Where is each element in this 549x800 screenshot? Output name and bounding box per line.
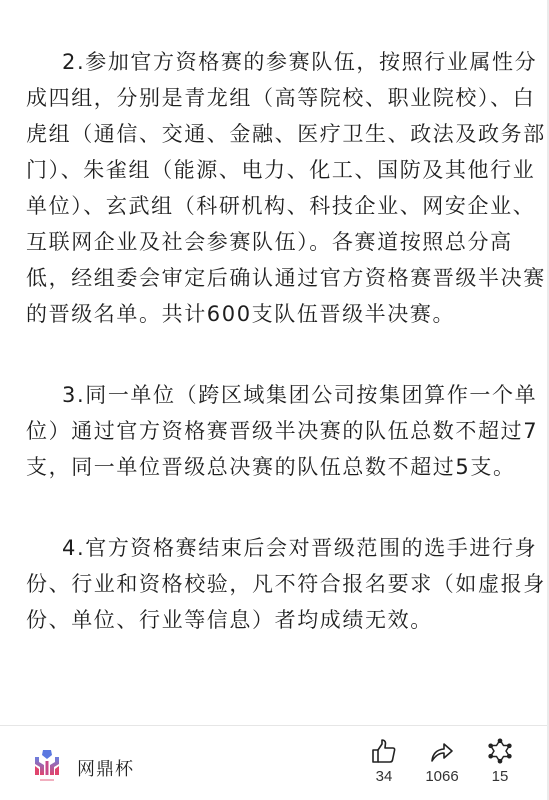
- like-count: 34: [356, 768, 412, 785]
- share-count: 1066: [414, 768, 470, 785]
- wangding-logo-icon: [33, 748, 61, 784]
- text-line: 单位）、玄武组（科研机构、科技企业、网安企业、: [26, 188, 546, 224]
- text-line: 门）、朱雀组（能源、电力、化工、国防及其他行业: [26, 152, 546, 188]
- text-line: 位）通过官方资格赛晋级半决赛的队伍总数不超过7: [26, 413, 538, 449]
- text-line: 3.同一单位（跨区域集团公司按集团算作一个单: [26, 377, 538, 413]
- wow-icon: [487, 738, 513, 764]
- text-line: 支，同一单位晋级总决赛的队伍总数不超过5支。: [26, 449, 538, 485]
- like-button[interactable]: 34: [356, 738, 412, 785]
- article-page: 2.参加官方资格赛的参赛队伍，按照行业属性分 成四组，分别是青龙组（高等院校、职…: [0, 0, 549, 800]
- share-icon: [429, 738, 455, 764]
- share-button[interactable]: 1066: [414, 738, 470, 785]
- text-line: 低，经组委会审定后确认通过官方资格赛晋级半决赛: [26, 260, 546, 296]
- account-name[interactable]: 网鼎杯: [77, 755, 134, 781]
- thumbs-up-icon: [371, 738, 397, 764]
- account-logo[interactable]: [33, 748, 61, 784]
- wow-count: 15: [472, 768, 528, 785]
- paragraph-4: 4.官方资格赛结束后会对晋级范围的选手进行身 份、行业和资格校验，凡不符合报名要…: [26, 530, 546, 638]
- text-line: 份、行业和资格校验，凡不符合报名要求（如虚报身: [26, 566, 546, 602]
- text-line: 2.参加官方资格赛的参赛队伍，按照行业属性分: [26, 44, 546, 80]
- text-line: 成四组，分别是青龙组（高等院校、职业院校）、白: [26, 80, 546, 116]
- wow-button[interactable]: 15: [472, 738, 528, 785]
- text-line: 互联网企业及社会参赛队伍）。各赛道按照总分高: [26, 224, 546, 260]
- text-line: 虎组（通信、交通、金融、医疗卫生、政法及政务部: [26, 116, 546, 152]
- article-footer: 网鼎杯 34 1066: [0, 725, 547, 800]
- text-line: 的晋级名单。共计600支队伍晋级半决赛。: [26, 296, 546, 332]
- paragraph-2: 2.参加官方资格赛的参赛队伍，按照行业属性分 成四组，分别是青龙组（高等院校、职…: [26, 44, 546, 332]
- text-line: 份、单位、行业等信息）者均成绩无效。: [26, 602, 546, 638]
- paragraph-3: 3.同一单位（跨区域集团公司按集团算作一个单 位）通过官方资格赛晋级半决赛的队伍…: [26, 377, 538, 485]
- text-line: 4.官方资格赛结束后会对晋级范围的选手进行身: [26, 530, 546, 566]
